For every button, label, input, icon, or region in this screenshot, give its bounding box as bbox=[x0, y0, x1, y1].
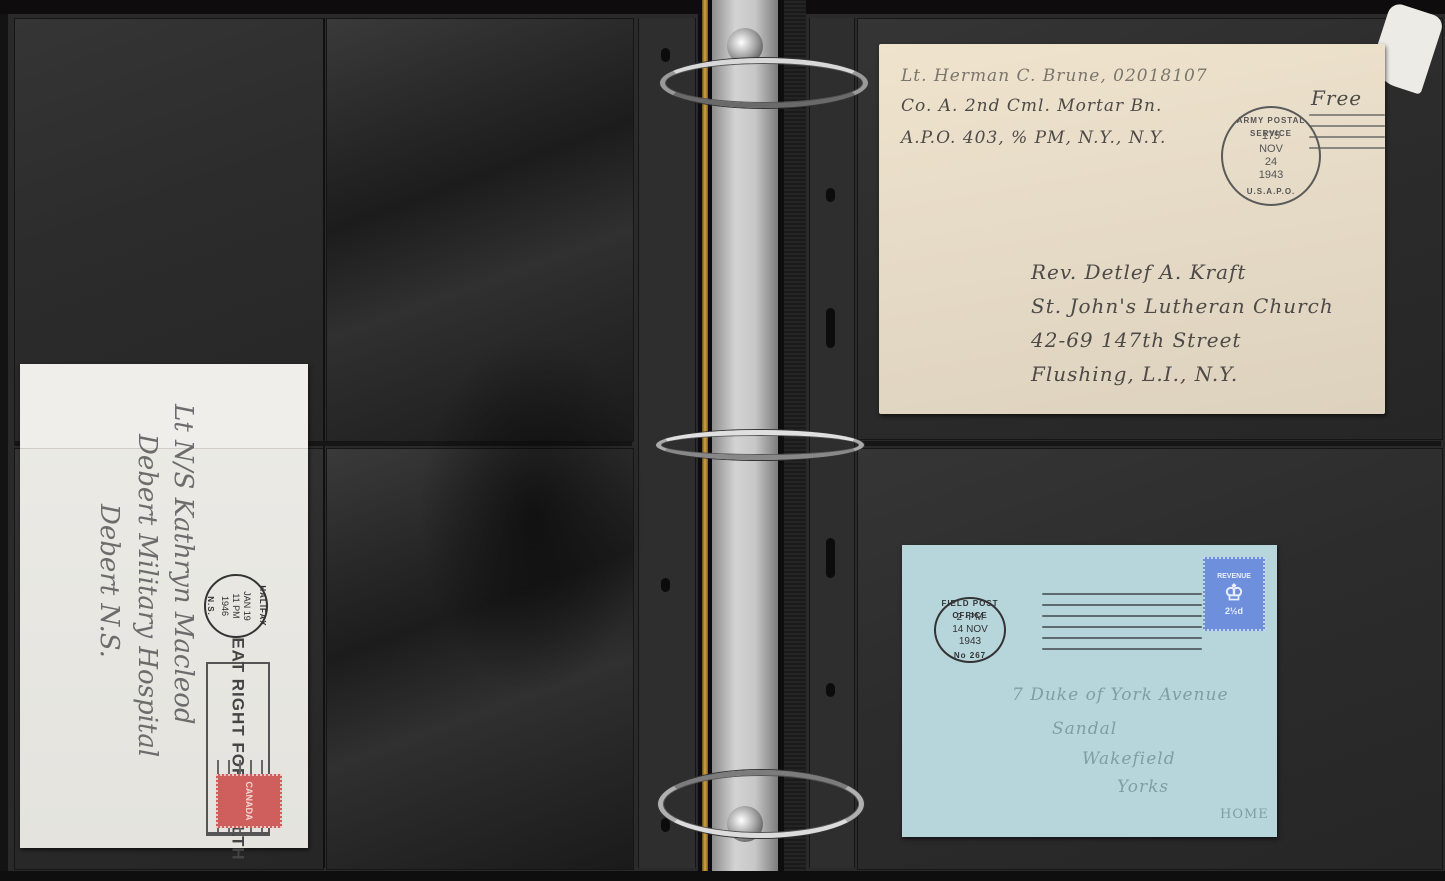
uk-recipient-line-1: 7 Duke of York Avenue bbox=[1012, 685, 1229, 705]
postmark-day: 24 bbox=[1265, 156, 1277, 169]
recipient-line-2: St. John's Lutheran Church bbox=[1031, 294, 1334, 318]
uk-recipient-line-3: Wakefield bbox=[1082, 749, 1176, 769]
sleeve-reflection bbox=[418, 334, 648, 694]
pocket-divider-horizontal bbox=[857, 441, 1441, 446]
postmark-date: 14 NOV bbox=[952, 624, 988, 636]
postmark-month: NOV bbox=[1259, 143, 1283, 156]
army-envelope[interactable]: Lt. Herman C. Brune, 02018107 Co. A. 2nd… bbox=[879, 44, 1385, 414]
punch-hole bbox=[826, 188, 835, 202]
postmark-year: 1943 bbox=[959, 636, 981, 648]
halifax-postmark: HALIFAX JAN 19 11 PM 1946 N.S. bbox=[204, 574, 268, 638]
punch-hole bbox=[826, 308, 835, 348]
recipient-line-3: 42-69 147th Street bbox=[1031, 328, 1241, 352]
postmark-year: 1943 bbox=[1259, 169, 1283, 182]
canada-stamp: CANADA bbox=[216, 774, 282, 828]
binder: Lt. Herman C. Brune, 02018107 Co. A. 2nd… bbox=[0, 0, 1445, 881]
king-portrait-icon: ♔ bbox=[1224, 580, 1244, 606]
field-post-office-postmark: FIELD POST OFFICE 2 -PM 14 NOV 1943 No 2… bbox=[934, 597, 1006, 663]
binder-ring-middle[interactable] bbox=[656, 430, 864, 460]
binder-ring-bottom[interactable] bbox=[658, 770, 864, 838]
uk-recipient-line-2: Sandal bbox=[1052, 719, 1117, 739]
sender-line-3: A.P.O. 403, % PM, N.Y., N.Y. bbox=[901, 128, 1166, 148]
punch-hole bbox=[661, 48, 670, 62]
recipient-line-4: Flushing, L.I., N.Y. bbox=[1031, 362, 1238, 386]
envelope-flap bbox=[20, 364, 308, 449]
army-postmark: ARMY POSTAL SERVICE 175 NOV 24 1943 U.S.… bbox=[1221, 106, 1321, 206]
free-frank: Free bbox=[1311, 86, 1362, 110]
canada-recipient-line-3: Debert N.S. bbox=[94, 504, 124, 658]
punch-hole bbox=[661, 818, 670, 832]
punch-hole bbox=[661, 578, 670, 592]
sender-line-2: Co. A. 2nd Cml. Mortar Bn. bbox=[901, 96, 1162, 116]
recipient-line-1: Rev. Detlef A. Kraft bbox=[1031, 260, 1246, 284]
wavy-cancel-lines bbox=[1042, 593, 1202, 659]
binder-ring-top[interactable] bbox=[660, 58, 868, 108]
canada-recipient-line-1: Lt N/S Kathryn Macleod bbox=[168, 404, 198, 725]
punch-hole bbox=[826, 683, 835, 697]
sender-line-1: Lt. Herman C. Brune, 02018107 bbox=[901, 66, 1208, 86]
canada-recipient-line-2: Debert Military Hospital bbox=[132, 434, 162, 757]
george-vi-stamp: REVENUE ♔ 2½d bbox=[1203, 557, 1265, 631]
binder-bottom-edge bbox=[0, 871, 1445, 881]
home-annotation: HOME bbox=[1220, 807, 1269, 822]
punch-hole bbox=[826, 538, 835, 578]
uk-recipient-line-4: Yorks bbox=[1117, 777, 1169, 797]
